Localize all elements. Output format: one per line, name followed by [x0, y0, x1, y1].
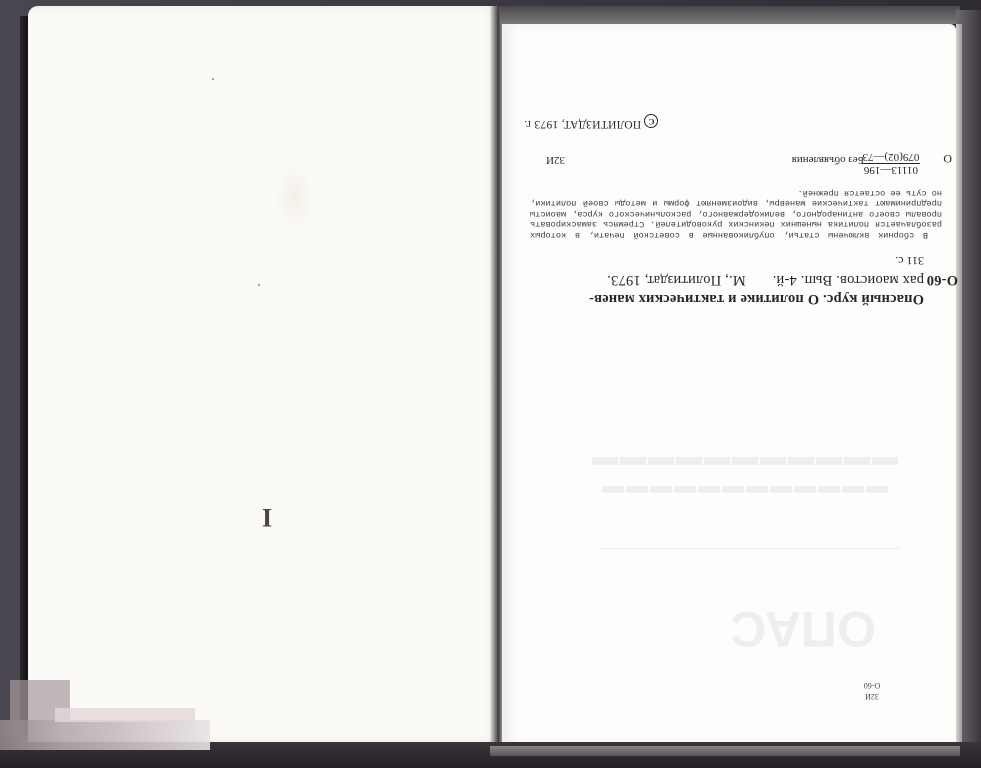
catalog-annotation: В сборник включены статьи, опубликованны…: [530, 188, 942, 241]
catalog-title: Опасный курс. О политике и тактических м…: [524, 270, 954, 308]
index-fraction: 01113—196 079(02)—73: [862, 151, 920, 176]
pixelated-redaction: [0, 720, 210, 750]
price-note: Без объявления: [792, 154, 864, 166]
show-through-text: ▬▬▬▬▬▬▬▬▬▬▬▬: [600, 480, 888, 506]
page-block-bottom: [490, 746, 960, 756]
index-denominator: 079(02)—73: [862, 151, 920, 163]
catalog-title-line2: рах маоистов. Вып. 4-й. М., Политиздат, …: [524, 270, 954, 289]
copyright-text: ПОЛИТИЗДАТ, 1973 г.: [524, 118, 641, 130]
library-label-line1: 32И: [852, 691, 892, 702]
section-marker: I: [262, 502, 272, 532]
copyright-line: C ПОЛИТИЗДАТ, 1973 г.: [524, 114, 960, 130]
library-label-line2: О-60: [852, 680, 892, 691]
index-numerator: 01113—196: [862, 163, 920, 176]
left-page-stain: [275, 165, 315, 230]
left-page: [28, 6, 498, 742]
paper-speck: [258, 284, 260, 286]
paper-speck: [212, 78, 214, 80]
cover-edge-top: [500, 6, 960, 24]
show-through-text: ▬▬▬▬▬▬▬▬▬▬▬: [590, 450, 898, 481]
library-label: 32И О-60: [852, 680, 892, 702]
show-through-title: ОПАС: [730, 600, 876, 658]
catalog-title-line1: Опасный курс. О политике и тактических м…: [589, 291, 924, 307]
show-through-rule: [600, 548, 900, 549]
index-letter: О: [943, 151, 952, 166]
catalog-code: О-60: [927, 270, 958, 289]
catalog-card: Опасный курс. О политике и тактических м…: [524, 108, 960, 308]
catalog-index-row: О 01113—196 079(02)—73 Без объявления 32…: [524, 142, 960, 176]
udk-code: 32И: [546, 154, 565, 166]
copyright-icon: C: [644, 114, 658, 128]
catalog-page-count: 311 с.: [895, 253, 924, 268]
pixelated-redaction: [55, 708, 195, 722]
